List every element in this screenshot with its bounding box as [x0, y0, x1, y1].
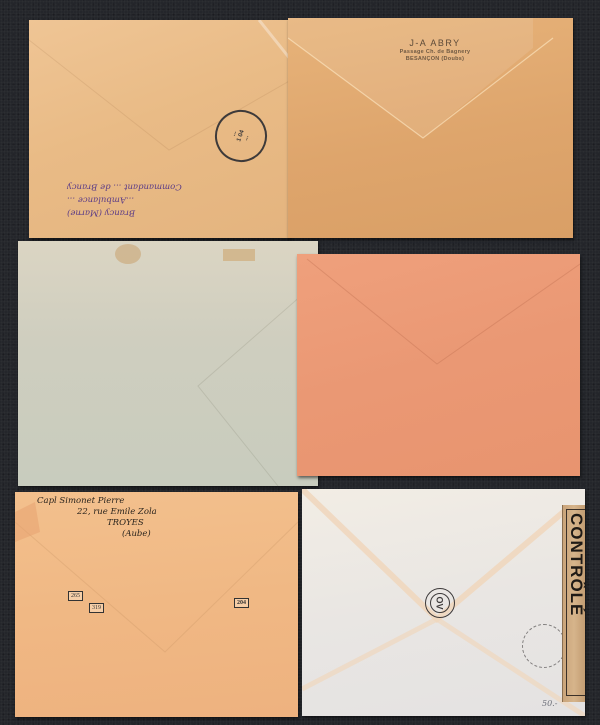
- envelope-middle-right: [297, 254, 580, 476]
- envelope-top-left: ... 1 04 ... Brancy (Marne) ...Ambulance…: [29, 20, 291, 238]
- handwritten-return-address: Capl Simonet Pierre 22, rue Emile Zola T…: [37, 496, 157, 540]
- handwritten-return-address: Brancy (Marne) ...Ambulance ... Commanda…: [67, 180, 277, 218]
- envelope-top-right: J-A ABRY Passage Ch. de Bagnery BESANÇON…: [288, 18, 573, 238]
- number-label: 319: [89, 603, 104, 613]
- postmark-circular: [522, 624, 566, 668]
- censor-label-text: CONTRÔLÉ: [566, 513, 585, 673]
- pencil-price-note: 50.-: [542, 699, 557, 708]
- envelope-bottom-left: Capl Simonet Pierre 22, rue Emile Zola T…: [15, 492, 298, 717]
- envelope-middle-left: [18, 241, 318, 486]
- circle-stamp: OV: [425, 588, 455, 618]
- number-label: 204: [234, 598, 249, 608]
- envelope-flap-lines: [297, 254, 580, 476]
- envelope-flap-lines: [18, 241, 318, 486]
- printed-return-address: J-A ABRY Passage Ch. de Bagnery BESANÇON…: [360, 38, 510, 63]
- envelope-bottom-right: OV CONTRÔLÉ 50.-: [302, 489, 585, 716]
- number-label: 265: [68, 591, 83, 601]
- censor-label-strip: CONTRÔLÉ: [562, 505, 585, 702]
